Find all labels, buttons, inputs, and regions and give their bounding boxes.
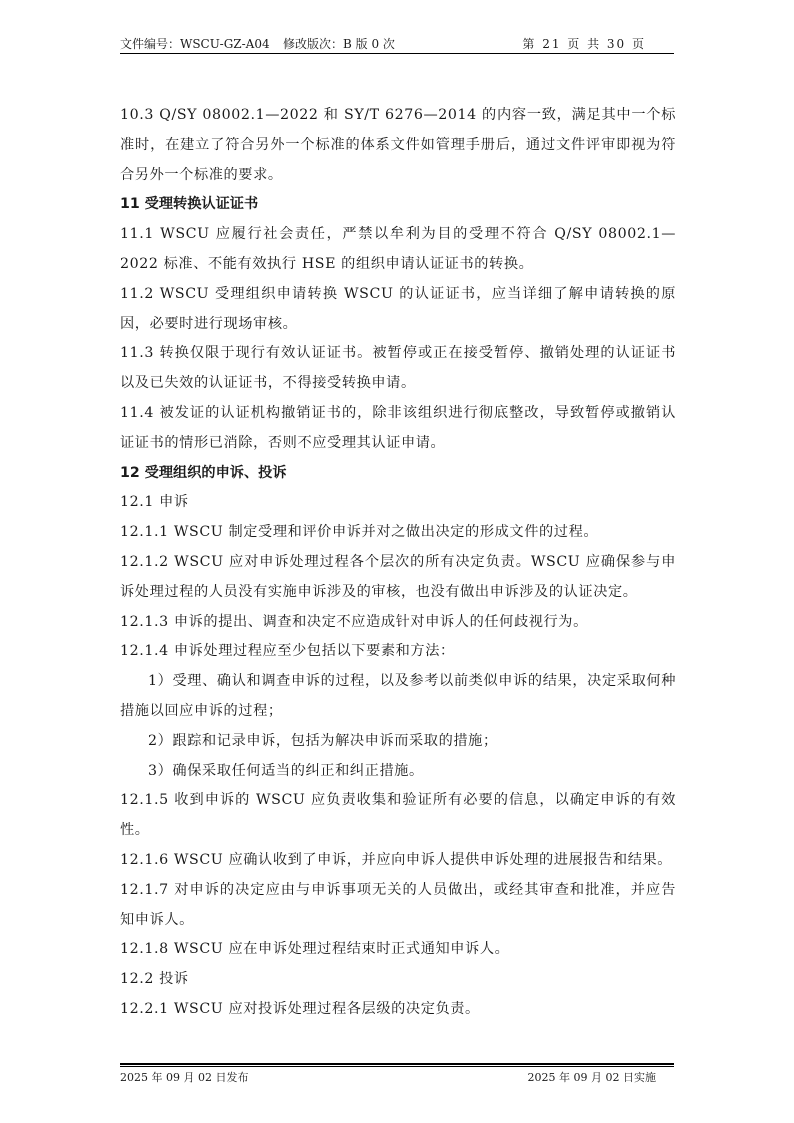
paragraph-12-1-4: 12.1.4 申诉处理过程应至少包括以下要素和方法： <box>120 637 676 667</box>
paragraph-10-3: 10.3 Q/SY 08002.1—2022 和 SY/T 6276—2014 … <box>120 101 676 190</box>
paragraph-12-1-2: 12.1.2 WSCU 应对申诉处理过程各个层次的所有决定负责。WSCU 应确保… <box>120 548 676 608</box>
effective-date: 2025 年 09 月 02 日实施 <box>528 1069 656 1087</box>
document-number: 文件编号：WSCU-GZ-A04 <box>120 36 270 52</box>
page-header: 文件编号：WSCU-GZ-A04 修改版次：B 版 0 次 第 21 页 共 3… <box>120 36 674 54</box>
paragraph-12-1-7: 12.1.7 对申诉的决定应由与申诉事项无关的人员做出，或经其审查和批准，并应告… <box>120 876 676 936</box>
section-heading-11: 11 受理转换认证证书 <box>120 190 676 220</box>
list-item-2: 2）跟踪和记录申诉，包括为解决申诉而采取的措施； <box>120 727 676 757</box>
paragraph-11-4: 11.4 被发证的认证机构撤销证书的，除非该组织进行彻底整改，导致暂停或撤销认证… <box>120 399 676 459</box>
document-body: 10.3 Q/SY 08002.1—2022 和 SY/T 6276—2014 … <box>120 101 676 1025</box>
paragraph-12-1-3: 12.1.3 申诉的提出、调查和决定不应造成针对申诉人的任何歧视行为。 <box>120 608 676 638</box>
paragraph-11-3: 11.3 转换仅限于现行有效认证证书。被暂停或正在接受暂停、撤销处理的认证证书以… <box>120 339 676 399</box>
paragraph-12-1-5: 12.1.5 收到申诉的 WSCU 应负责收集和验证所有必要的信息，以确定申诉的… <box>120 786 676 846</box>
footer-dates: 2025 年 09 月 02 日发布 2025 年 09 月 02 日实施 <box>120 1069 674 1089</box>
subheading-12-1: 12.1 申诉 <box>120 488 676 518</box>
subheading-12-2: 12.2 投诉 <box>120 965 676 995</box>
section-heading-12: 12 受理组织的申诉、投诉 <box>120 459 676 489</box>
list-item-1: 1）受理、确认和调查申诉的过程，以及参考以前类似申诉的结果，决定采取何种措施以回… <box>120 667 676 727</box>
paragraph-12-1-8: 12.1.8 WSCU 应在申诉处理过程结束时正式通知申诉人。 <box>120 935 676 965</box>
footer-rule-thin <box>120 1066 674 1067</box>
footer-rule-thick <box>120 1063 674 1065</box>
paragraph-11-1: 11.1 WSCU 应履行社会责任，严禁以牟利为目的受理不符合 Q/SY 080… <box>120 220 676 280</box>
paragraph-11-2: 11.2 WSCU 受理组织申请转换 WSCU 的认证证书，应当详细了解申请转换… <box>120 280 676 340</box>
list-item-3: 3）确保采取任何适当的纠正和纠正措施。 <box>120 757 676 787</box>
issue-date: 2025 年 09 月 02 日发布 <box>120 1069 248 1087</box>
page-footer: 2025 年 09 月 02 日发布 2025 年 09 月 02 日实施 <box>120 1063 674 1089</box>
paragraph-12-2-1: 12.2.1 WSCU 应对投诉处理过程各层级的决定负责。 <box>120 995 676 1025</box>
page-number: 第 21 页 共 30 页 <box>522 36 646 52</box>
paragraph-12-1-1: 12.1.1 WSCU 制定受理和评价申诉并对之做出决定的形成文件的过程。 <box>120 518 676 548</box>
paragraph-12-1-6: 12.1.6 WSCU 应确认收到了申诉，并应向申诉人提供申诉处理的进展报告和结… <box>120 846 676 876</box>
revision-number: 修改版次：B 版 0 次 <box>283 36 395 52</box>
